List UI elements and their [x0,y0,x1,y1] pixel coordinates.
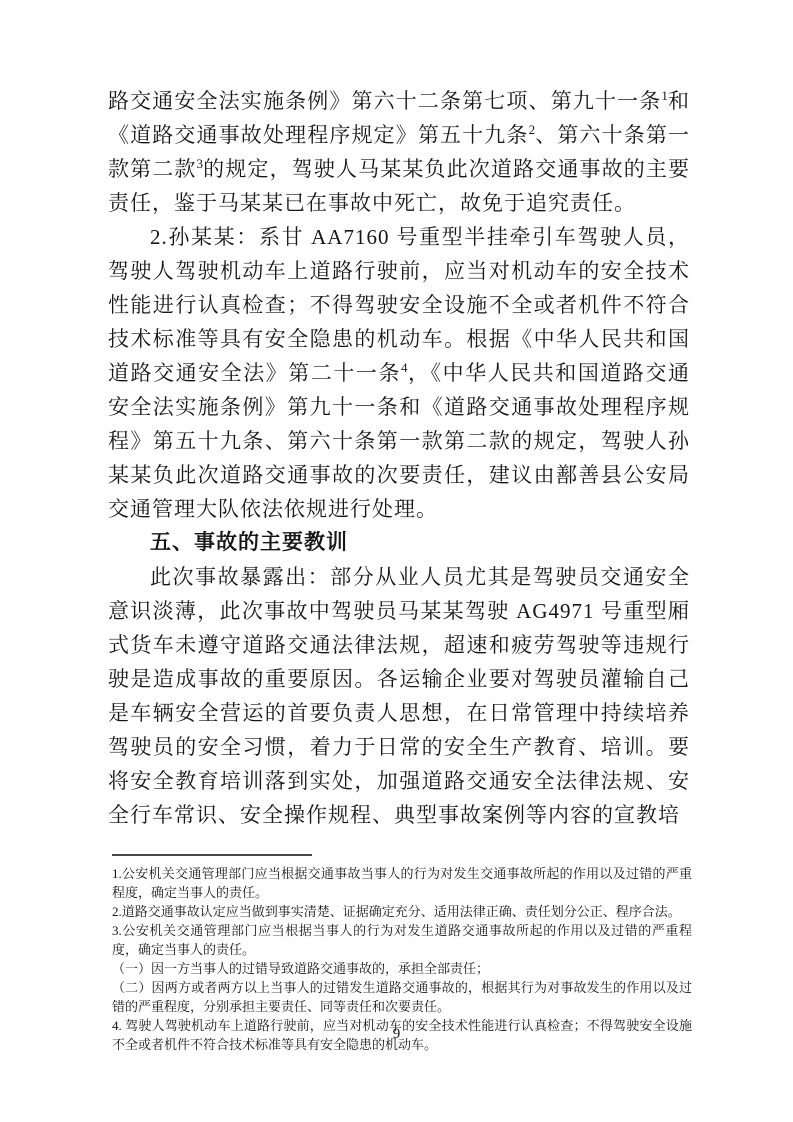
paragraph-responsibility-sun: 2.孙某某：系甘 AA7160 号重型半挂牵引车驾驶人员，驾驶人驾驶机动车上道路… [108,220,690,526]
footnote-area: 1.公安机关交通管理部门应当根据交通事故当事人的行为对发生交通事故所起的作用以及… [112,854,692,1054]
footnote-line-5: （二）因两方或者两方以上当事人的过错发生道路交通事故的，根据其行为对事故发生的作… [112,978,692,1016]
footnote-line-2: 2.道路交通事故认定应当做到事实清楚、证据确定充分、适用法律正确、责任划分公正、… [112,902,692,921]
footnote-line-3: 3.公安机关交通管理部门应当根据当事人的行为对发生道路交通事故所起的作用以及过错… [112,921,692,959]
document-body: 路交通安全法实施条例》第六十二条第七项、第九十一条1和《道路交通事故处理程序规定… [108,84,690,832]
footnote-ref-1: 1 [661,88,668,103]
section-heading-lessons: 五、事故的主要教训 [108,526,690,560]
footnote-separator [112,854,312,856]
footnote-line-1: 1.公安机关交通管理部门应当根据交通事故当事人的行为对发生交通事故所起的作用以及… [112,864,692,902]
paragraph-lessons: 此次事故暴露出：部分从业人员尤其是驾驶员交通安全意识淡薄，此次事故中驾驶员马某某… [108,560,690,832]
paragraph-responsibility-ma: 路交通安全法实施条例》第六十二条第七项、第九十一条1和《道路交通事故处理程序规定… [108,84,690,220]
footnote-ref-4: 4 [401,360,408,375]
document-page: 路交通安全法实施条例》第六十二条第七项、第九十一条1和《道路交通事故处理程序规定… [0,0,793,1122]
page-number: 9 [0,1026,793,1043]
footnote-ref-2: 2 [529,122,536,137]
footnote-ref-3: 3 [197,156,204,171]
footnote-line-4: （一）因一方当事人的过错导致道路交通事故的，承担全部责任； [112,959,692,978]
